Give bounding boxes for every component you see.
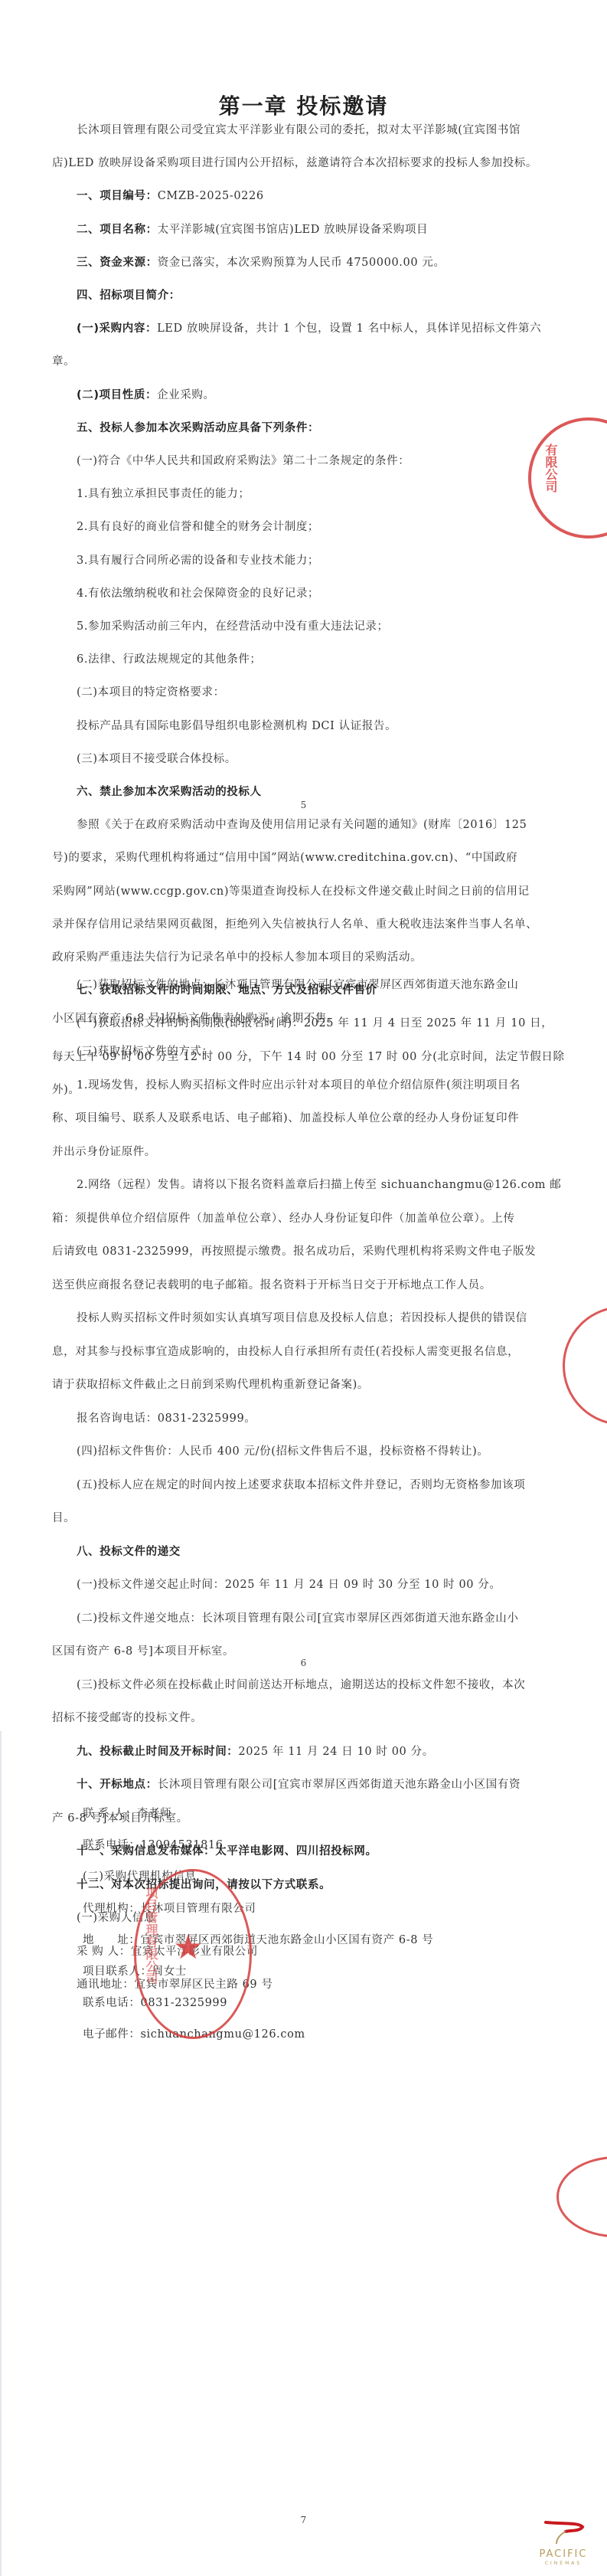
line-text: 长沐项目管理有限公司[宜宾市翠屏区西郊街道天池东路金山小区国有资 bbox=[158, 1779, 521, 1791]
text-line: 箱：须提供单位介绍信原件（加盖单位公章）、经办人身份证复印件（加盖单位公章）。上… bbox=[52, 1211, 515, 1226]
text-line: 4.有依法缴纳税收和社会保障资金的良好记录； bbox=[77, 586, 319, 601]
line-text: 后请致电 0831-2325999，再按照提示缴费。报名成功后，采购代理机构将采… bbox=[52, 1245, 536, 1258]
logo-wordmark: PACIFIC bbox=[529, 2548, 598, 2560]
line-text: (二)获取招标文件的地点：长沐项目管理有限公司[宜宾市翠屏区西郊街道天池东路金山 bbox=[77, 979, 518, 991]
line-text: 5.参加采购活动前三年内，在经营活动中没有重大违法记录； bbox=[77, 620, 389, 633]
text-line: 1.具有独立承担民事责任的能力； bbox=[77, 486, 250, 502]
page-number: 7 bbox=[0, 2515, 607, 2525]
text-line: 请于获取招标文件截止之日前到采购代理机构重新登记备案)。 bbox=[52, 1377, 369, 1393]
line-text: 1.具有独立承担民事责任的能力； bbox=[77, 488, 250, 500]
line-text: LED 放映屏设备，共计 1 个包，设置 1 名中标人，具体详见招标文件第六 bbox=[157, 322, 541, 335]
line-text: 联系电话：13094531816 bbox=[83, 1839, 224, 1851]
line-text: 报名咨询电话：0831-2325999。 bbox=[77, 1412, 256, 1425]
text-line: 三、资金来源：资金已落实，本次采购预算为人民币 4750000.00 元。 bbox=[77, 255, 445, 270]
section-heading: 三、资金来源： bbox=[77, 257, 158, 269]
line-text: 区国有资产 6-8 号]本项目开标室。 bbox=[52, 1645, 234, 1658]
line-text: 6.法律、行政法规规定的其他条件； bbox=[77, 653, 262, 666]
text-line: (三)投标文件必须在投标截止时间前送达开标地点，逾期送达的投标文件恕不接收，本次 bbox=[77, 1678, 525, 1693]
company-seal-stamp-partial bbox=[556, 2156, 607, 2237]
text-line: 五、投标人参加本次采购活动应具备下列条件： bbox=[77, 421, 319, 436]
text-line: 政府采购严重违法失信行为记录名单中的投标人参加本项目的采购活动。 bbox=[52, 950, 422, 965]
line-text: 并出示身份证原件。 bbox=[52, 1146, 156, 1158]
text-line: (二)本项目的特定资格要求： bbox=[77, 685, 225, 700]
line-text: 3.具有履行合同所必需的设备和专业技术能力； bbox=[77, 555, 319, 567]
chapter-title: 第一章 投标邀请 bbox=[0, 90, 607, 120]
pacific-cinemas-logo: PACIFIC CINEMAS bbox=[529, 2521, 598, 2567]
page-edge-left bbox=[0, 1731, 2, 2576]
text-line: 投标产品具有国际电影倡导组织电影检测机构 DCI 认证报告。 bbox=[77, 718, 397, 734]
star-icon: ★ bbox=[173, 1931, 203, 1965]
line-text: 2.网络（远程）发售。请将以下报名资料盖章后扫描上传至 sichuanchang… bbox=[77, 1179, 561, 1191]
line-text: 店)LED 放映屏设备采购项目进行国内公开招标，兹邀请符合本次招标要求的投标人参… bbox=[52, 157, 537, 169]
text-line: 长沐项目管理有限公司受宜宾太平洋影业有限公司的委托，拟对太平洋影城(宜宾图书馆 bbox=[77, 123, 521, 138]
line-text: 目。 bbox=[52, 1512, 75, 1524]
line-text: 采购网”网站(www.ccgp.gov.cn)等渠道查询投标人在投标文件递交截止… bbox=[52, 885, 530, 898]
section-heading: 九、投标截止时间及开标时间： bbox=[77, 1746, 238, 1758]
section-heading: 六、禁止参加本次采购活动的投标人 bbox=[77, 786, 262, 798]
text-line: 参照《关于在政府采购活动中查询及使用信用记录有关问题的通知》(财库〔2016〕1… bbox=[77, 817, 527, 833]
text-line: 采购网”网站(www.ccgp.gov.cn)等渠道查询投标人在投标文件递交截止… bbox=[52, 884, 530, 899]
text-line: 报名咨询电话：0831-2325999。 bbox=[77, 1411, 256, 1426]
stamp-text: 项目管理有限公司 bbox=[142, 1887, 160, 1985]
text-line: 1.现场发售，投标人购买招标文件时应出示针对本项目的单位介绍信原件(须注明项目名 bbox=[77, 1078, 521, 1093]
text-line: 二、项目名称：太平洋影城(宜宾图书馆店)LED 放映屏设备采购项目 bbox=[77, 222, 428, 237]
company-seal-stamp bbox=[563, 1306, 607, 1425]
line-text: 政府采购严重违法失信行为记录名单中的投标人参加本项目的采购活动。 bbox=[52, 951, 422, 964]
line-text: 4.有依法缴纳税收和社会保障资金的良好记录； bbox=[77, 588, 319, 600]
line-text: 称、项目编号、联系人及联系电话、电子邮箱)、加盖投标人单位公章的经办人身份证复印… bbox=[52, 1112, 519, 1124]
text-line: 2.网络（远程）发售。请将以下报名资料盖章后扫描上传至 sichuanchang… bbox=[77, 1177, 561, 1193]
line-text: 号)的要求，采购代理机构将通过“信用中国”网站(www.creditchina.… bbox=[52, 852, 517, 864]
text-line: 3.具有履行合同所必需的设备和专业技术能力； bbox=[77, 553, 319, 568]
text-line: 章。 bbox=[52, 354, 75, 369]
line-text: (三)获取招标文件的方式： bbox=[77, 1046, 214, 1058]
section-heading: 八、投标文件的递交 bbox=[77, 1546, 181, 1558]
text-line: (一)采购内容：LED 放映屏设备，共计 1 个包，设置 1 名中标人，具体详见… bbox=[77, 321, 541, 336]
text-line: 外)。 bbox=[52, 1082, 80, 1098]
text-line: 送至供应商报名登记表载明的电子邮箱。报名资料于开标当日交于开标地点工作人员。 bbox=[52, 1278, 491, 1293]
line-text: 企业采购。 bbox=[157, 389, 215, 401]
line-text: CMZB-2025-0226 bbox=[158, 190, 264, 202]
text-line: 联 系 人：李老师 bbox=[83, 1806, 171, 1822]
line-text: (三)投标文件必须在投标截止时间前送达开标地点，逾期送达的投标文件恕不接收，本次 bbox=[77, 1679, 525, 1691]
text-line: 息，对其参与投标事宜造成影响的，由投标人自行承担所有责任(若投标人需变更报名信息… bbox=[52, 1344, 519, 1360]
company-seal-stamp: ★ 有限公司 bbox=[528, 417, 607, 538]
text-line: 投标人购买招标文件时须如实认真填写项目信息及投标人信息；若因投标人提供的错误信 bbox=[77, 1311, 527, 1326]
line-text: 小区国有资产 6-8 号]招标文件售卖处购买，逾期不售。 bbox=[52, 1013, 338, 1025]
line-text: 章。 bbox=[52, 355, 75, 368]
text-line: (三)本项目不接受联合体投标。 bbox=[77, 751, 237, 767]
text-line: 十、开标地点：长沐项目管理有限公司[宜宾市翠屏区西郊街道天池东路金山小区国有资 bbox=[77, 1777, 521, 1792]
text-line: 四、招标项目简介： bbox=[77, 288, 181, 303]
line-text: (五)投标人应在规定的时间内按上述要求获取本招标文件并登记，否则均无资格参加该项 bbox=[77, 1479, 525, 1491]
text-line: 目。 bbox=[52, 1511, 75, 1526]
line-text: (四)招标文件售价：人民币 400 元/份(招标文件售后不退，投标资格不得转让)… bbox=[77, 1445, 489, 1458]
section-heading: (一)采购内容： bbox=[77, 322, 157, 335]
line-text: (二)投标文件递交地点：长沐项目管理有限公司[宜宾市翠屏区西郊街道天池东路金山小 bbox=[77, 1612, 518, 1625]
line-text: 箱：须提供单位介绍信原件（加盖单位公章）、经办人身份证复印件（加盖单位公章）。上… bbox=[52, 1213, 515, 1225]
line-text: 1.现场发售，投标人购买招标文件时应出示针对本项目的单位介绍信原件(须注明项目名 bbox=[77, 1079, 521, 1092]
section-heading: 一、项目编号： bbox=[77, 190, 158, 202]
line-text: 招标不接受邮寄的投标文件。 bbox=[52, 1712, 202, 1724]
line-text: 投标人购买招标文件时须如实认真填写项目信息及投标人信息；若因投标人提供的错误信 bbox=[77, 1312, 527, 1324]
text-line: 招标不接受邮寄的投标文件。 bbox=[52, 1710, 202, 1726]
section-heading: 四、招标项目简介： bbox=[77, 290, 181, 302]
line-text: 长沐项目管理有限公司受宜宾太平洋影业有限公司的委托，拟对太平洋影城(宜宾图书馆 bbox=[77, 124, 521, 136]
text-line: (二)项目性质：企业采购。 bbox=[77, 388, 215, 403]
line-text: (一)投标文件递交起止时间：2025 年 11 月 24 日 09 时 30 分… bbox=[77, 1579, 501, 1591]
text-line: 2.具有良好的商业信誉和健全的财务会计制度； bbox=[77, 519, 319, 535]
text-line: 一、项目编号：CMZB-2025-0226 bbox=[77, 188, 264, 204]
stamp-text: 有限公司 bbox=[542, 444, 560, 493]
text-line: 八、投标文件的递交 bbox=[77, 1544, 181, 1560]
text-line: 六、禁止参加本次采购活动的投标人 bbox=[77, 784, 262, 800]
line-text: 资金已落实，本次采购预算为人民币 4750000.00 元。 bbox=[158, 257, 445, 269]
line-text: 2.具有良好的商业信誉和健全的财务会计制度； bbox=[77, 521, 319, 533]
line-text: (一)符合《中华人民共和国政府采购法》第二十二条规定的条件： bbox=[77, 455, 410, 467]
text-line: 小区国有资产 6-8 号]招标文件售卖处购买，逾期不售。 bbox=[52, 1011, 338, 1026]
text-line: (三)获取招标文件的方式： bbox=[77, 1044, 214, 1059]
logo-subtitle: CINEMAS bbox=[529, 2561, 598, 2566]
text-line: (二)投标文件递交地点：长沐项目管理有限公司[宜宾市翠屏区西郊街道天池东路金山小 bbox=[77, 1611, 518, 1626]
line-text: 送至供应商报名登记表载明的电子邮箱。报名资料于开标当日交于开标地点工作人员。 bbox=[52, 1279, 491, 1291]
line-text: 请于获取招标文件截止之日前到采购代理机构重新登记备案)。 bbox=[52, 1379, 369, 1391]
text-line: 店)LED 放映屏设备采购项目进行国内公开招标，兹邀请符合本次招标要求的投标人参… bbox=[52, 155, 537, 171]
line-text: (二)本项目的特定资格要求： bbox=[77, 686, 225, 699]
line-text: 息，对其参与投标事宜造成影响的，由投标人自行承担所有责任(若投标人需变更报名信息… bbox=[52, 1346, 519, 1358]
section-heading: 十、开标地点： bbox=[77, 1779, 158, 1791]
line-text: 投标产品具有国际电影倡导组织电影检测机构 DCI 认证报告。 bbox=[77, 720, 397, 732]
text-line: 号)的要求，采购代理机构将通过“信用中国”网站(www.creditchina.… bbox=[52, 850, 517, 866]
line-text: 参照《关于在政府采购活动中查询及使用信用记录有关问题的通知》(财库〔2016〕1… bbox=[77, 819, 527, 831]
text-line: 九、投标截止时间及开标时间：2025 年 11 月 24 日 10 时 00 分… bbox=[77, 1744, 434, 1759]
text-line: 5.参加采购活动前三年内，在经营活动中没有重大违法记录； bbox=[77, 619, 389, 634]
line-text: 录并保存信用记录结果网页截图，拒绝列入失信被执行人名单、重大税收违法案件当事人名… bbox=[52, 918, 537, 931]
text-line: (一)符合《中华人民共和国政府采购法》第二十二条规定的条件： bbox=[77, 453, 410, 469]
text-line: 并出示身份证原件。 bbox=[52, 1144, 156, 1160]
line-text: 外)。 bbox=[52, 1084, 80, 1096]
section-heading: 二、项目名称： bbox=[77, 224, 158, 236]
line-text: 2025 年 11 月 24 日 10 时 00 分。 bbox=[238, 1746, 433, 1758]
section-heading: 五、投标人参加本次采购活动应具备下列条件： bbox=[77, 422, 319, 434]
line-text: 太平洋影城(宜宾图书馆店)LED 放映屏设备采购项目 bbox=[158, 224, 428, 236]
text-line: (二)获取招标文件的地点：长沐项目管理有限公司[宜宾市翠屏区西郊街道天池东路金山 bbox=[77, 977, 518, 993]
line-text: (三)本项目不接受联合体投标。 bbox=[77, 753, 237, 765]
page-number: 6 bbox=[0, 1658, 607, 1668]
section-heading: (二)项目性质： bbox=[77, 389, 157, 401]
text-line: 6.法律、行政法规规定的其他条件； bbox=[77, 652, 262, 667]
page-number: 5 bbox=[0, 800, 607, 810]
text-line: 录并保存信用记录结果网页截图，拒绝列入失信被执行人名单、重大税收违法案件当事人名… bbox=[52, 917, 537, 932]
text-line: 联系电话：13094531816 bbox=[83, 1838, 224, 1853]
logo-swoosh-icon bbox=[540, 2521, 586, 2544]
text-line: 后请致电 0831-2325999，再按照提示缴费。报名成功后，采购代理机构将采… bbox=[52, 1244, 536, 1259]
text-line: (五)投标人应在规定的时间内按上述要求获取本招标文件并登记，否则均无资格参加该项 bbox=[77, 1478, 525, 1493]
agency-seal-stamp: ★ 项目管理有限公司 bbox=[134, 1869, 252, 2039]
line-text: 联 系 人：李老师 bbox=[83, 1808, 171, 1820]
text-line: (四)招标文件售价：人民币 400 元/份(招标文件售后不退，投标资格不得转让)… bbox=[77, 1444, 489, 1459]
text-line: 称、项目编号、联系人及联系电话、电子邮箱)、加盖投标人单位公章的经办人身份证复印… bbox=[52, 1111, 519, 1126]
text-line: (一)投标文件递交起止时间：2025 年 11 月 24 日 09 时 30 分… bbox=[77, 1577, 501, 1592]
text-line: 区国有资产 6-8 号]本项目开标室。 bbox=[52, 1644, 234, 1659]
